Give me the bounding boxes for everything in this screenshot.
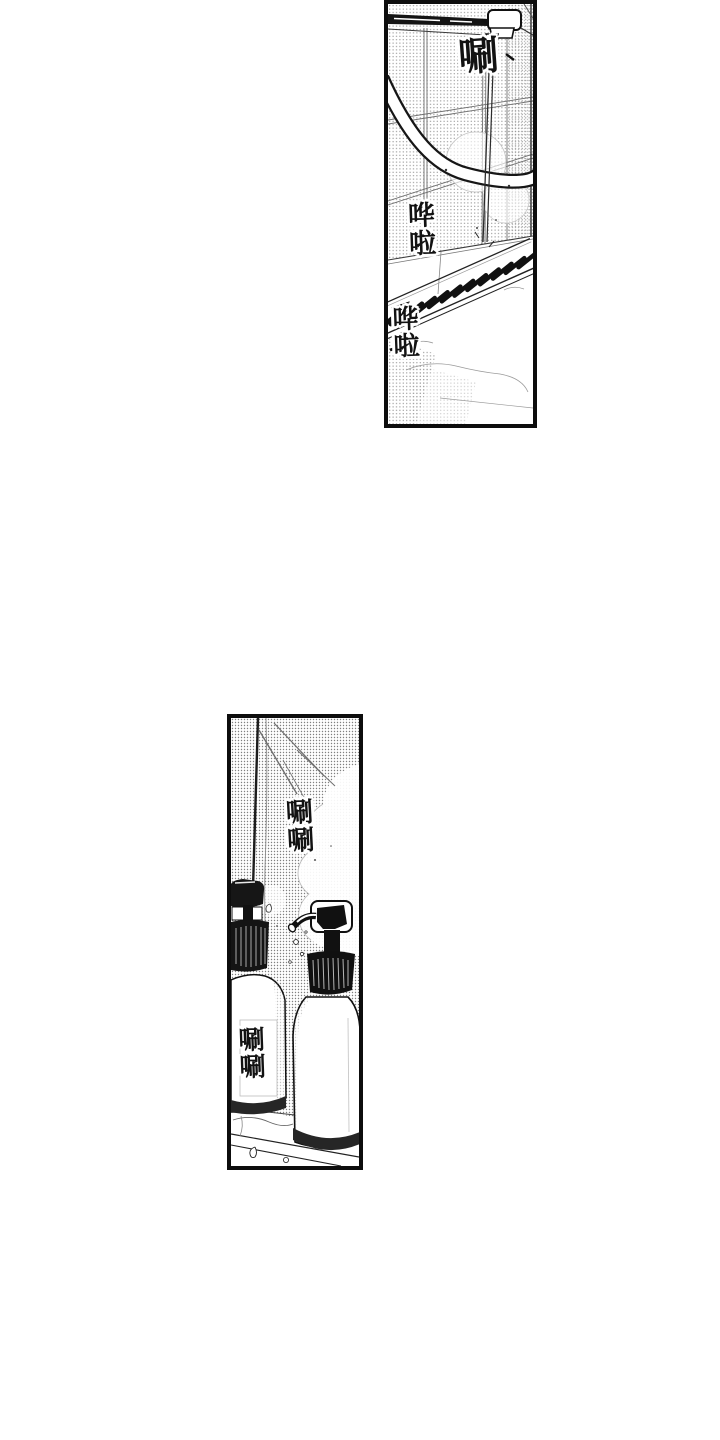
soap-bottles-artwork [231, 718, 359, 1166]
panel-shower-drain: 唰 哗啦 哗啦 [384, 0, 537, 428]
sfx-splash-lower: 哗啦 [389, 305, 417, 360]
panel-soap-bottles: 唰唰 唰唰 [227, 714, 363, 1170]
sfx-squirt-upper: 唰唰 [282, 797, 312, 854]
sfx-splash-upper: 哗啦 [404, 201, 433, 258]
sfx-water-stream: 唰 [453, 34, 497, 78]
manga-page: 唰 哗啦 哗啦 [0, 0, 720, 1440]
sfx-squirt-lower: 唰唰 [235, 1026, 263, 1081]
